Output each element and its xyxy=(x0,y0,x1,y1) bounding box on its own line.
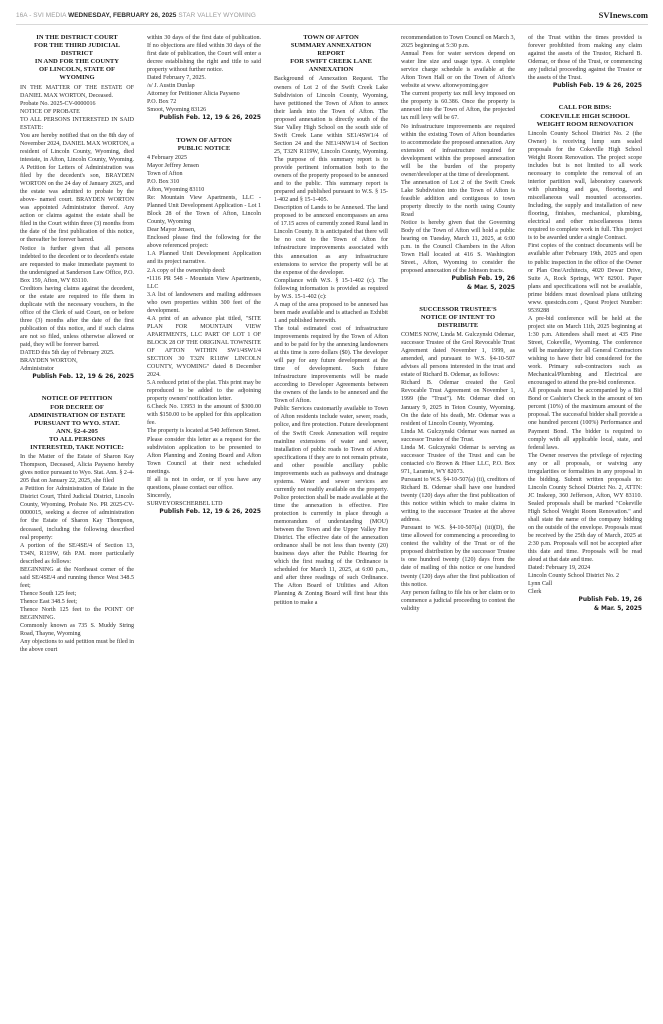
notice-paragraph: /s/ J. Austin Dunlap xyxy=(147,82,261,90)
notice-trustee: SUCCESSOR TRUSTEE'S NOTICE OF INTENT TO … xyxy=(401,306,515,613)
publish-dates: Publish Feb. 12, 19 & 26, 2025 xyxy=(20,373,134,381)
notice-paragraph: 6.Check No. 13953 in the amount of $300.… xyxy=(147,403,261,427)
notice-paragraph: 3.A list of landowners and mailing addre… xyxy=(147,291,261,315)
notice-paragraph: within 30 days of the first date of publ… xyxy=(147,34,261,74)
notice-paragraph: a Petition for Administration of Estate … xyxy=(20,485,134,541)
notice-paragraph: Thence South 125 feet; xyxy=(20,590,134,598)
notice-paragraph: of the Trust within the times provided i… xyxy=(528,34,642,82)
notice-paragraph: 1.A Planned Unit Development Application… xyxy=(147,250,261,266)
notice-paragraph: Lincoln County School District No. 2 (th… xyxy=(528,130,642,243)
issue-date: WEDNESDAY, FEBRUARY 26, 2025 xyxy=(68,12,176,19)
notice-paragraph: Background of Annexation Request. The ow… xyxy=(274,75,388,204)
folio: 16A - SVI MEDIA WEDNESDAY, FEBRUARY 26, … xyxy=(16,12,256,19)
notice-paragraph: Dated February 7, 2025. xyxy=(147,74,261,82)
notice-paragraph: If all is not in order, or if you have a… xyxy=(147,476,261,492)
notice-paragraph: Town of Afton xyxy=(147,170,261,178)
notice-paragraph: P.O. Box 72 xyxy=(147,98,261,106)
notice-paragraph: Thence North 125 feet to the POINT OF BE… xyxy=(20,606,134,622)
notice-paragraph: A map of the area proposed to be annexed… xyxy=(274,301,388,325)
column-3: TOWN OF AFTON SUMMARY ANNEXATION REPORT … xyxy=(274,34,388,654)
notice-paragraph: NOTICE OF PROBATE xyxy=(20,108,134,116)
notice-title: NOTICE OF PETITION FOR DECREE OF ADMINIS… xyxy=(20,395,134,452)
notice-title: SUCCESSOR TRUSTEE'S NOTICE OF INTENT TO … xyxy=(401,306,515,330)
publish-dates: Publish Feb. 19, 26 & Mar. 5, 2025 xyxy=(528,596,642,612)
notice-paragraph: 4.A print of an advance plat titled, "SI… xyxy=(147,315,261,379)
notice-paragraph: Pursuant to W.S. §4-10-507(a) (ii), cred… xyxy=(401,476,515,524)
notice-paragraph: You are hereby notified that on the 8th … xyxy=(20,132,134,245)
notice-paragraph: Attorney for Petitioner Alicia Payseno xyxy=(147,90,261,98)
column-4: recommendation to Town Council on March … xyxy=(401,34,515,654)
notice-paragraph: The total estimated cost of infrastructu… xyxy=(274,325,388,405)
page-header: 16A - SVI MEDIA WEDNESDAY, FEBRUARY 26, … xyxy=(16,8,648,25)
notice-paragraph: Administrator xyxy=(20,365,134,373)
notice-call-for-bids: CALL FOR BIDS: COKEVILLE HIGH SCHOOL WEI… xyxy=(528,104,642,612)
notice-paragraph: BEGINNING at the Northeast corner of the… xyxy=(20,566,134,590)
notice-paragraph: A pre-bid conference will be held at the… xyxy=(528,315,642,387)
notice-paragraph: Thence East 348.5 feet; xyxy=(20,598,134,606)
notice-paragraph: 4 February 2025 xyxy=(147,154,261,162)
page-number: 16A - SVI MEDIA xyxy=(16,12,66,19)
notice-paragraph: Creditors having claims against the dece… xyxy=(20,285,134,349)
notice-paragraph: Sincerely, xyxy=(147,492,261,500)
publish-dates: Publish Feb. 12, 19 & 26, 2025 xyxy=(147,508,261,516)
notice-paragraph: Dear Mayor Jensen, xyxy=(147,226,261,234)
notice-title: IN THE DISTRICT COURT FOR THE THIRD JUDI… xyxy=(20,34,134,83)
notice-paragraph: Public Services customarily available to… xyxy=(274,405,388,606)
legal-notices-columns: IN THE DISTRICT COURT FOR THE THIRD JUDI… xyxy=(20,34,642,654)
notice-paragraph: Probate No. 2025-CV-0000016 xyxy=(20,100,134,108)
region-name: STAR VALLEY WYOMING xyxy=(178,12,256,19)
notice-paragraph: 2.A copy of the ownership deed: xyxy=(147,267,261,275)
notice-paragraph: recommendation to Town Council on March … xyxy=(401,34,515,50)
notice-annexation: TOWN OF AFTON SUMMARY ANNEXATION REPORT … xyxy=(274,34,388,607)
notice-paragraph: Linda M. Gulczynski Odemar was named as … xyxy=(401,428,515,444)
notice-paragraph: Richard B. Odemar created the Grol Revoc… xyxy=(401,379,515,427)
notice-paragraph: No infrastructure improvements are requi… xyxy=(401,123,515,179)
column-5: of the Trust within the times provided i… xyxy=(528,34,642,654)
notice-paragraph: IN THE MATTER OF THE ESTATE OF DANIEL MA… xyxy=(20,84,134,100)
notice-paragraph: •1116 PR 548 - Mountain View Apartments,… xyxy=(147,275,261,291)
notice-paragraph: The Owner reserves the privilege of reje… xyxy=(528,452,642,565)
notice-paragraph: Clerk xyxy=(528,588,642,596)
notice-trustee-continued: of the Trust within the times provided i… xyxy=(528,34,642,90)
notice-paragraph: Commonly known as 735 S. Muddy String Ro… xyxy=(20,622,134,638)
publish-dates: Publish Feb. 19 & 26, 2025 xyxy=(528,82,642,90)
notice-paragraph: Enclosed please find the following for t… xyxy=(147,234,261,250)
notice-petition: NOTICE OF PETITION FOR DECREE OF ADMINIS… xyxy=(20,395,134,654)
notice-paragraph: TO ALL PERSONS INTERESTED IN SAID ESTATE… xyxy=(20,116,134,132)
publish-dates: Publish Feb. 19, 26 & Mar. 5, 2025 xyxy=(401,275,515,291)
notice-paragraph: Lynn Call xyxy=(528,580,642,588)
notice-paragraph: First copies of the contract documents w… xyxy=(528,242,642,314)
notice-petition-continued: within 30 days of the first date of publ… xyxy=(147,34,261,123)
notice-paragraph: Linda M. Gulczynski Odemar is serving as… xyxy=(401,444,515,476)
notice-paragraph: Pursuant to W.S. §4-10-507(a) (iii)(D), … xyxy=(401,524,515,588)
site-name: SVInews.com xyxy=(599,10,648,20)
notice-paragraph: Re: Mountain View Apartments, LLC - Plan… xyxy=(147,194,261,226)
notice-paragraph: BRAYDEN WORTON, xyxy=(20,357,134,365)
notice-title: TOWN OF AFTON PUBLIC NOTICE xyxy=(147,137,261,153)
notice-paragraph: Please consider this letter as a request… xyxy=(147,436,261,476)
notice-paragraph: Afton, Wyoming 83110 xyxy=(147,186,261,194)
notice-paragraph: Notice is hereby given that the Governin… xyxy=(401,219,515,275)
notice-afton-pud: TOWN OF AFTON PUBLIC NOTICE 4 February 2… xyxy=(147,137,261,516)
notice-title: CALL FOR BIDS: COKEVILLE HIGH SCHOOL WEI… xyxy=(528,104,642,128)
notice-paragraph: P.O. Box 310 xyxy=(147,178,261,186)
notice-paragraph: Mayor Jeffrey Jensen xyxy=(147,162,261,170)
notice-paragraph: All proposals must be accompanied by a B… xyxy=(528,387,642,451)
notice-paragraph: DATED this 5th day of February 2025. xyxy=(20,349,134,357)
notice-paragraph: 5.A reduced print of the plat. This prin… xyxy=(147,379,261,403)
publish-dates: Publish Feb. 12, 19 & 26, 2025 xyxy=(147,114,261,122)
notice-paragraph: The current property tax mill levy impos… xyxy=(401,90,515,122)
notice-paragraph: SURVEYORSCHERBEL LTD xyxy=(147,500,261,508)
notice-paragraph: COMES NOW, Linda M. Gulczynski Odemar, s… xyxy=(401,331,515,379)
notice-title: TOWN OF AFTON SUMMARY ANNEXATION REPORT … xyxy=(274,34,388,74)
notice-paragraph: The annexation of Lot 2 of the Swift Cre… xyxy=(401,179,515,219)
notice-probate: IN THE DISTRICT COURT FOR THE THIRD JUDI… xyxy=(20,34,134,381)
notice-annexation-continued: recommendation to Town Council on March … xyxy=(401,34,515,292)
notice-paragraph: Annual Fees for water services depend on… xyxy=(401,50,515,90)
notice-paragraph: Any person failing to file his or her cl… xyxy=(401,589,515,613)
notice-paragraph: Lincoln County School District No. 2 xyxy=(528,572,642,580)
notice-paragraph: Compliance with W.S. § 15-1-402 (c). The… xyxy=(274,277,388,301)
notice-paragraph: Dated: February 19, 2024 xyxy=(528,564,642,572)
column-2: within 30 days of the first date of publ… xyxy=(147,34,261,654)
notice-paragraph: Notice is further given that all persons… xyxy=(20,245,134,285)
notice-paragraph: The property is located at 540 Jefferson… xyxy=(147,427,261,435)
notice-paragraph: Any objections to said petition must be … xyxy=(20,638,134,654)
notice-paragraph: In the Matter of the Estate of Sharon Ka… xyxy=(20,453,134,485)
notice-paragraph: Description of Lands to be Annexed. The … xyxy=(274,204,388,276)
column-1: IN THE DISTRICT COURT FOR THE THIRD JUDI… xyxy=(20,34,134,654)
notice-paragraph: A portion of the SE/4SE/4 of Section 13,… xyxy=(20,542,134,566)
notice-paragraph: Smoot, Wyoming 83126 xyxy=(147,106,261,114)
